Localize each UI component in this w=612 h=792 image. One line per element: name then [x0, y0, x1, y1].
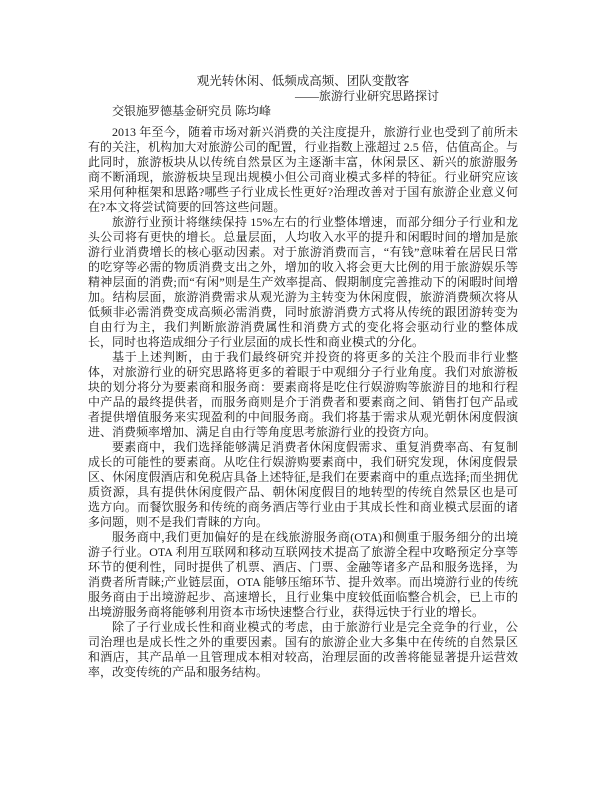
document-subtitle: ——旅游行业研究思路探讨: [295, 89, 439, 103]
paragraph-element-providers: 要素商中，我们选择能够满足消费者休闲度假需求、重复消费率高、有复制成长的可能性的…: [88, 440, 518, 530]
document-page: 观光转休闲、低频成高频、团队变散客 ——旅游行业研究思路探讨 交银施罗德基金研究…: [0, 0, 612, 792]
author-byline: 交银施罗德基金研究员 陈均峰: [88, 104, 518, 119]
document-content: 观光转休闲、低频成高频、团队变散客 ——旅游行业研究思路探讨 交银施罗德基金研究…: [88, 74, 518, 680]
paragraph-industry-growth: 旅游行业预计将继续保持 15%左右的行业整体增速，而部分细分子行业和龙头公司将有…: [88, 215, 518, 350]
paragraph-intro: 2013 年至今，随着市场对新兴消费的关注度提升，旅游行业也受到了前所未有的关注…: [88, 125, 518, 215]
paragraph-research-framework: 基于上述判断，由于我们最终研究并投资的将更多的关注个股而非行业整体，对旅游行业的…: [88, 350, 518, 440]
paragraph-service-providers: 服务商中,我们更加偏好的是在线旅游服务商(OTA)和侧重于服务细分的出境游子行业…: [88, 530, 518, 620]
document-title: 观光转休闲、低频成高频、团队变散客: [88, 74, 518, 89]
document-subtitle-row: ——旅游行业研究思路探讨: [88, 89, 518, 104]
paragraph-governance: 除了子行业成长性和商业模式的考虑，由于旅游行业是完全竞争的行业，公司治理也是成长…: [88, 620, 518, 680]
